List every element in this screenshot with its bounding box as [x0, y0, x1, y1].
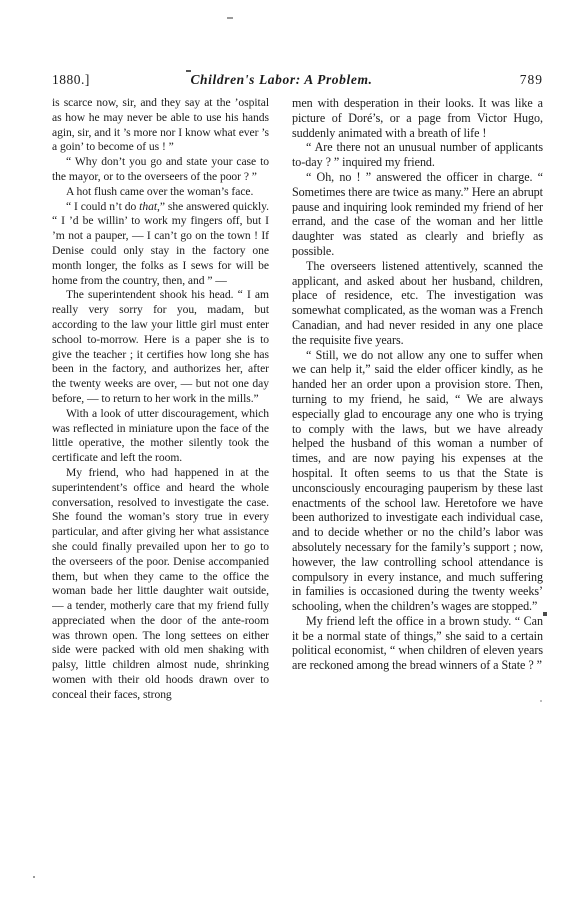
paragraph: The superintendent shook his head. “ I a… [52, 288, 269, 406]
text-segment: “ Oh, no ! ” answered the officer in cha… [292, 170, 543, 258]
paragraph: My friend, who had happened in at the su… [52, 466, 269, 703]
text-segment: is scarce now, sir, and they say at the … [52, 96, 269, 153]
text-segment: The overseers listened attentively, scan… [292, 259, 543, 347]
text-segment: My friend left the office in a brown stu… [292, 614, 543, 672]
running-header: 1880.] Children's Labor: A Problem. 789 [52, 72, 543, 90]
scan-speck [227, 17, 233, 19]
scan-speck [543, 612, 547, 616]
paragraph: With a look of utter discouragement, whi… [52, 407, 269, 466]
left-column: is scarce now, sir, and they say at the … [52, 96, 269, 844]
text-segment: men with desperation in their looks. It … [292, 96, 543, 140]
paragraph: “ Oh, no ! ” answered the officer in cha… [292, 170, 543, 259]
italic-text: that [139, 200, 157, 213]
right-column: men with desperation in their looks. It … [292, 96, 543, 844]
paragraph: “ Still, we do not allow any one to suff… [292, 348, 543, 614]
paragraph: “ Are there not an unusual number of app… [292, 140, 543, 170]
paragraph: men with desperation in their looks. It … [292, 96, 543, 140]
text-segment: “ I could n’t do [66, 200, 139, 213]
text-segment: The superintendent shook his head. “ I a… [52, 288, 269, 405]
scan-speck [33, 876, 35, 878]
header-title: Children's Labor: A Problem. [36, 72, 527, 88]
paragraph: A hot flush came over the woman’s face. [52, 185, 269, 200]
header-page-number: 789 [520, 72, 543, 88]
paragraph: The overseers listened attentively, scan… [292, 259, 543, 348]
paragraph: My friend left the office in a brown stu… [292, 614, 543, 673]
text-segment: My friend, who had happened in at the su… [52, 466, 269, 701]
text-segment: A hot flush came over the woman’s face. [66, 185, 253, 198]
text-segment: “ Are there not an unusual number of app… [292, 140, 543, 169]
text-segment: “ Why don’t you go and state your case t… [52, 155, 269, 183]
paragraph: “ Why don’t you go and state your case t… [52, 155, 269, 185]
text-segment: With a look of utter discouragement, whi… [52, 407, 269, 464]
paragraph: “ I could n’t do that,” she answered qui… [52, 200, 269, 289]
scanned-book-page: 1880.] Children's Labor: A Problem. 789 … [0, 0, 576, 912]
text-segment: “ Still, we do not allow any one to suff… [292, 348, 543, 614]
paragraph: is scarce now, sir, and they say at the … [52, 96, 269, 155]
